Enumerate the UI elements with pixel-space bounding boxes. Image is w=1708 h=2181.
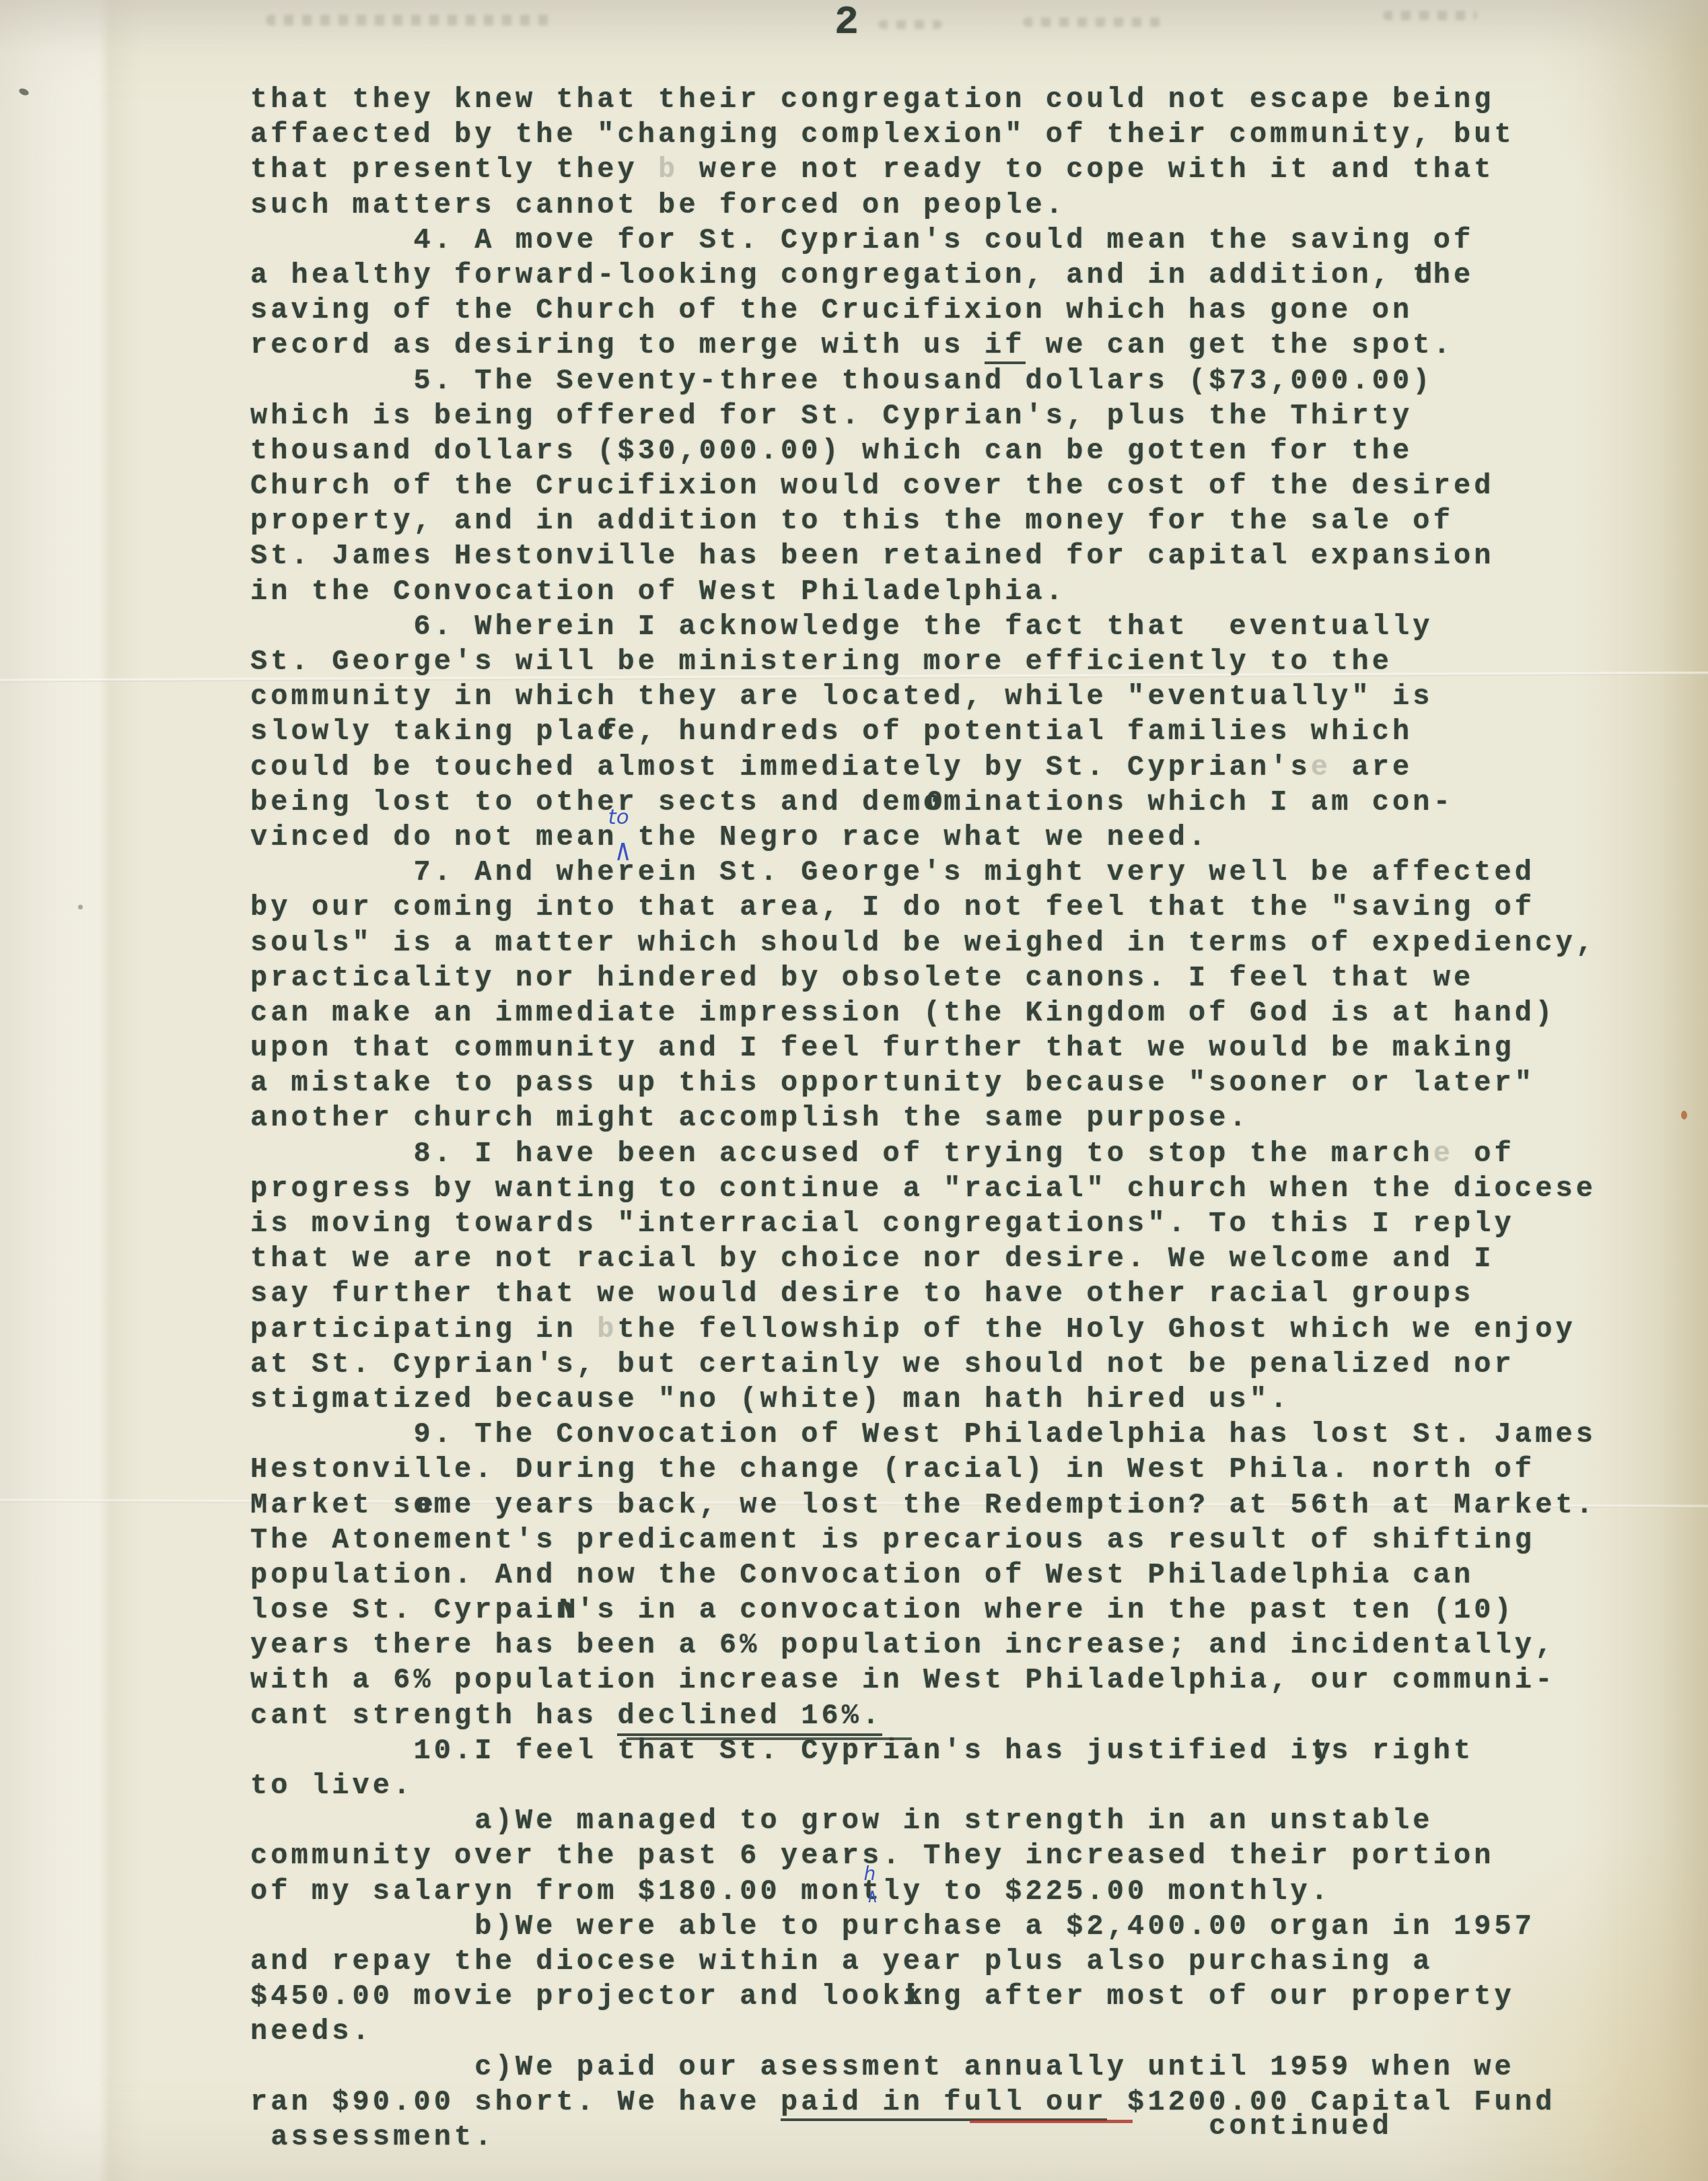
document-line: affaected by the "changing complexion" o… xyxy=(250,117,1596,152)
document-line: lose St. CyrpainN's in a convocation whe… xyxy=(250,1593,1596,1628)
document-line: slowly taking placfe, hundreds of potent… xyxy=(250,714,1596,749)
overstrike-mark: e xyxy=(416,1488,433,1523)
document-line: can make an immediate impression (the Ki… xyxy=(250,996,1596,1031)
document-line: St. James Hestonville has been retained … xyxy=(250,539,1596,574)
document-line: 5. The Seventy-three thousand dollars ($… xyxy=(250,363,1596,399)
second-underline xyxy=(627,1737,912,1740)
text-run: b xyxy=(597,1313,617,1346)
document-line: another church might accomplish the same… xyxy=(250,1101,1596,1136)
document-line: Church of the Crucifixion would cover th… xyxy=(250,469,1596,504)
overstrike-mark: f xyxy=(600,714,616,749)
document-line: with a 6% population increase in West Ph… xyxy=(250,1663,1596,1698)
overstruck-character: o0 xyxy=(923,785,944,820)
document-line: population. And now the Convocation of W… xyxy=(250,1558,1596,1593)
text-run: if xyxy=(985,329,1026,364)
document-line: practicality nor hindered by obsolete ca… xyxy=(250,961,1596,996)
document-line: Hestonville. During the change (racial) … xyxy=(250,1452,1596,1487)
document-line: 9. The Convocation of West Philadelphia … xyxy=(250,1417,1596,1452)
document-line: and repay the diocese within a year plus… xyxy=(250,1944,1596,1979)
document-line: a healthy forward-looking congregation, … xyxy=(250,258,1596,293)
document-line: saving of the Church of the Crucifixion … xyxy=(250,293,1596,328)
overstrike-mark: 0 xyxy=(926,785,943,820)
document-line: that they knew that their congregation c… xyxy=(250,82,1596,117)
document-line: The Atonement's predicament is precariou… xyxy=(250,1523,1596,1558)
document-line: vinced do not meanto∧the Negro race what… xyxy=(250,820,1596,855)
document-line: property, and in addition to this the mo… xyxy=(250,504,1596,539)
paper-speck xyxy=(78,905,83,909)
document-line: b)We were able to purchase a $2,400.00 o… xyxy=(250,1909,1596,1944)
document-line: community in which they are located, whi… xyxy=(250,679,1596,714)
document-line: 10.I feel that St. Cyprian's has justifi… xyxy=(250,1733,1596,1768)
paper-speck xyxy=(18,88,30,97)
overstruck-character: cf xyxy=(597,714,617,749)
text-run: b xyxy=(658,153,678,186)
document-line: stigmatized because "no (white) man hath… xyxy=(250,1382,1596,1417)
text-run: declined 16%. xyxy=(617,1698,882,1736)
ink-smudge xyxy=(1383,11,1477,20)
document-line: at St. Cyprian's, but certainly we shoul… xyxy=(250,1347,1596,1382)
caret-mark-icon: ∧ xyxy=(614,829,631,872)
document-line: a)We managed to grow in strength in an u… xyxy=(250,1803,1596,1838)
document-line: that we are not racial by choice nor des… xyxy=(250,1241,1596,1276)
red-underline xyxy=(970,2120,1133,2123)
document-line: a mistake to pass up this opportunity be… xyxy=(250,1066,1596,1101)
document-line: thousand dollars ($30,000.00) which can … xyxy=(250,434,1596,469)
document-line: 8. I have been accused of trying to stop… xyxy=(250,1136,1596,1171)
document-line: cant strength has declined 16%. xyxy=(250,1698,1596,1733)
document-line: is moving towards "interracial congregat… xyxy=(250,1206,1596,1241)
overstruck-character: nN xyxy=(557,1593,577,1628)
overstruck-character: td xyxy=(1413,258,1433,293)
document-line: in the Convocation of West Philadelphia. xyxy=(250,574,1596,609)
document-line: souls" is a matter which should be weigh… xyxy=(250,926,1596,961)
document-line: $450.00 movie projector and lookikng aft… xyxy=(250,1979,1596,2014)
ink-smudge xyxy=(1023,18,1164,27)
overstrike-mark: y xyxy=(1314,1733,1330,1768)
overstruck-character: ik xyxy=(903,1979,923,2014)
text-run: e xyxy=(1433,1138,1454,1170)
document-line: 7. And wherein St. George's might very w… xyxy=(250,855,1596,890)
document-line: being lost to other sects and demo0minat… xyxy=(250,785,1596,820)
document-line: community over the past 6 years. They in… xyxy=(250,1838,1596,1873)
document-line: say further that we would desire to have… xyxy=(250,1276,1596,1311)
document-line: record as desiring to merge with us if w… xyxy=(250,328,1596,363)
document-line: needs. xyxy=(250,2014,1596,2049)
document-line: Market soeme years back, we lost the Red… xyxy=(250,1488,1596,1523)
document-line: to live. xyxy=(250,1768,1596,1803)
document-line: progress by wanting to continue a "racia… xyxy=(250,1171,1596,1206)
document-line: by our coming into that area, I do not f… xyxy=(250,890,1596,925)
handwritten-insertion: to∧ xyxy=(617,825,637,854)
document-line: of my salaryn from $180.00 month∧ly to $… xyxy=(250,1874,1596,1909)
page-number: 2 xyxy=(834,0,859,46)
document-body: that they knew that their congregation c… xyxy=(250,82,1596,2155)
document-line: 6. Wherein I acknowledge the fact that e… xyxy=(250,609,1596,644)
document-line: participating in bthe fellowship of the … xyxy=(250,1312,1596,1347)
document-page: 2 that they knew that their congregation… xyxy=(0,0,1708,2181)
document-line: 4. A move for St. Cyprian's could mean t… xyxy=(250,223,1596,258)
text-run: e xyxy=(1311,751,1331,784)
document-line: assessment. continued xyxy=(250,2120,1596,2155)
document-line: could be touched almost immediately by S… xyxy=(250,750,1596,785)
ink-smudge xyxy=(878,20,942,29)
overstrike-mark: d xyxy=(1415,258,1432,293)
document-line: ran $90.00 short. We have paid in full o… xyxy=(250,2085,1596,2120)
caret-mark-icon: ∧ xyxy=(866,1873,878,1917)
continued-label: continued xyxy=(1209,2109,1392,2144)
overstruck-character: ty xyxy=(1311,1733,1331,1768)
document-line: which is being offered for St. Cyprian's… xyxy=(250,399,1596,434)
document-line: that presently they b were not ready to … xyxy=(250,152,1596,187)
document-line: St. George's will be ministering more ef… xyxy=(250,644,1596,679)
paper-speck xyxy=(1681,1111,1687,1119)
text-run: paid in full our xyxy=(781,2086,1107,2121)
overstruck-character: oe xyxy=(413,1488,433,1523)
document-line: upon that community and I feel further t… xyxy=(250,1031,1596,1066)
overstrike-mark: N xyxy=(559,1593,576,1628)
document-line: such matters cannot be forced on people. xyxy=(250,188,1596,223)
document-line: c)We paid our asessment annually until 1… xyxy=(250,2050,1596,2085)
ink-smudge xyxy=(266,15,555,26)
overstrike-mark: k xyxy=(906,1979,923,2014)
document-line: years there has been a 6% population inc… xyxy=(250,1628,1596,1663)
